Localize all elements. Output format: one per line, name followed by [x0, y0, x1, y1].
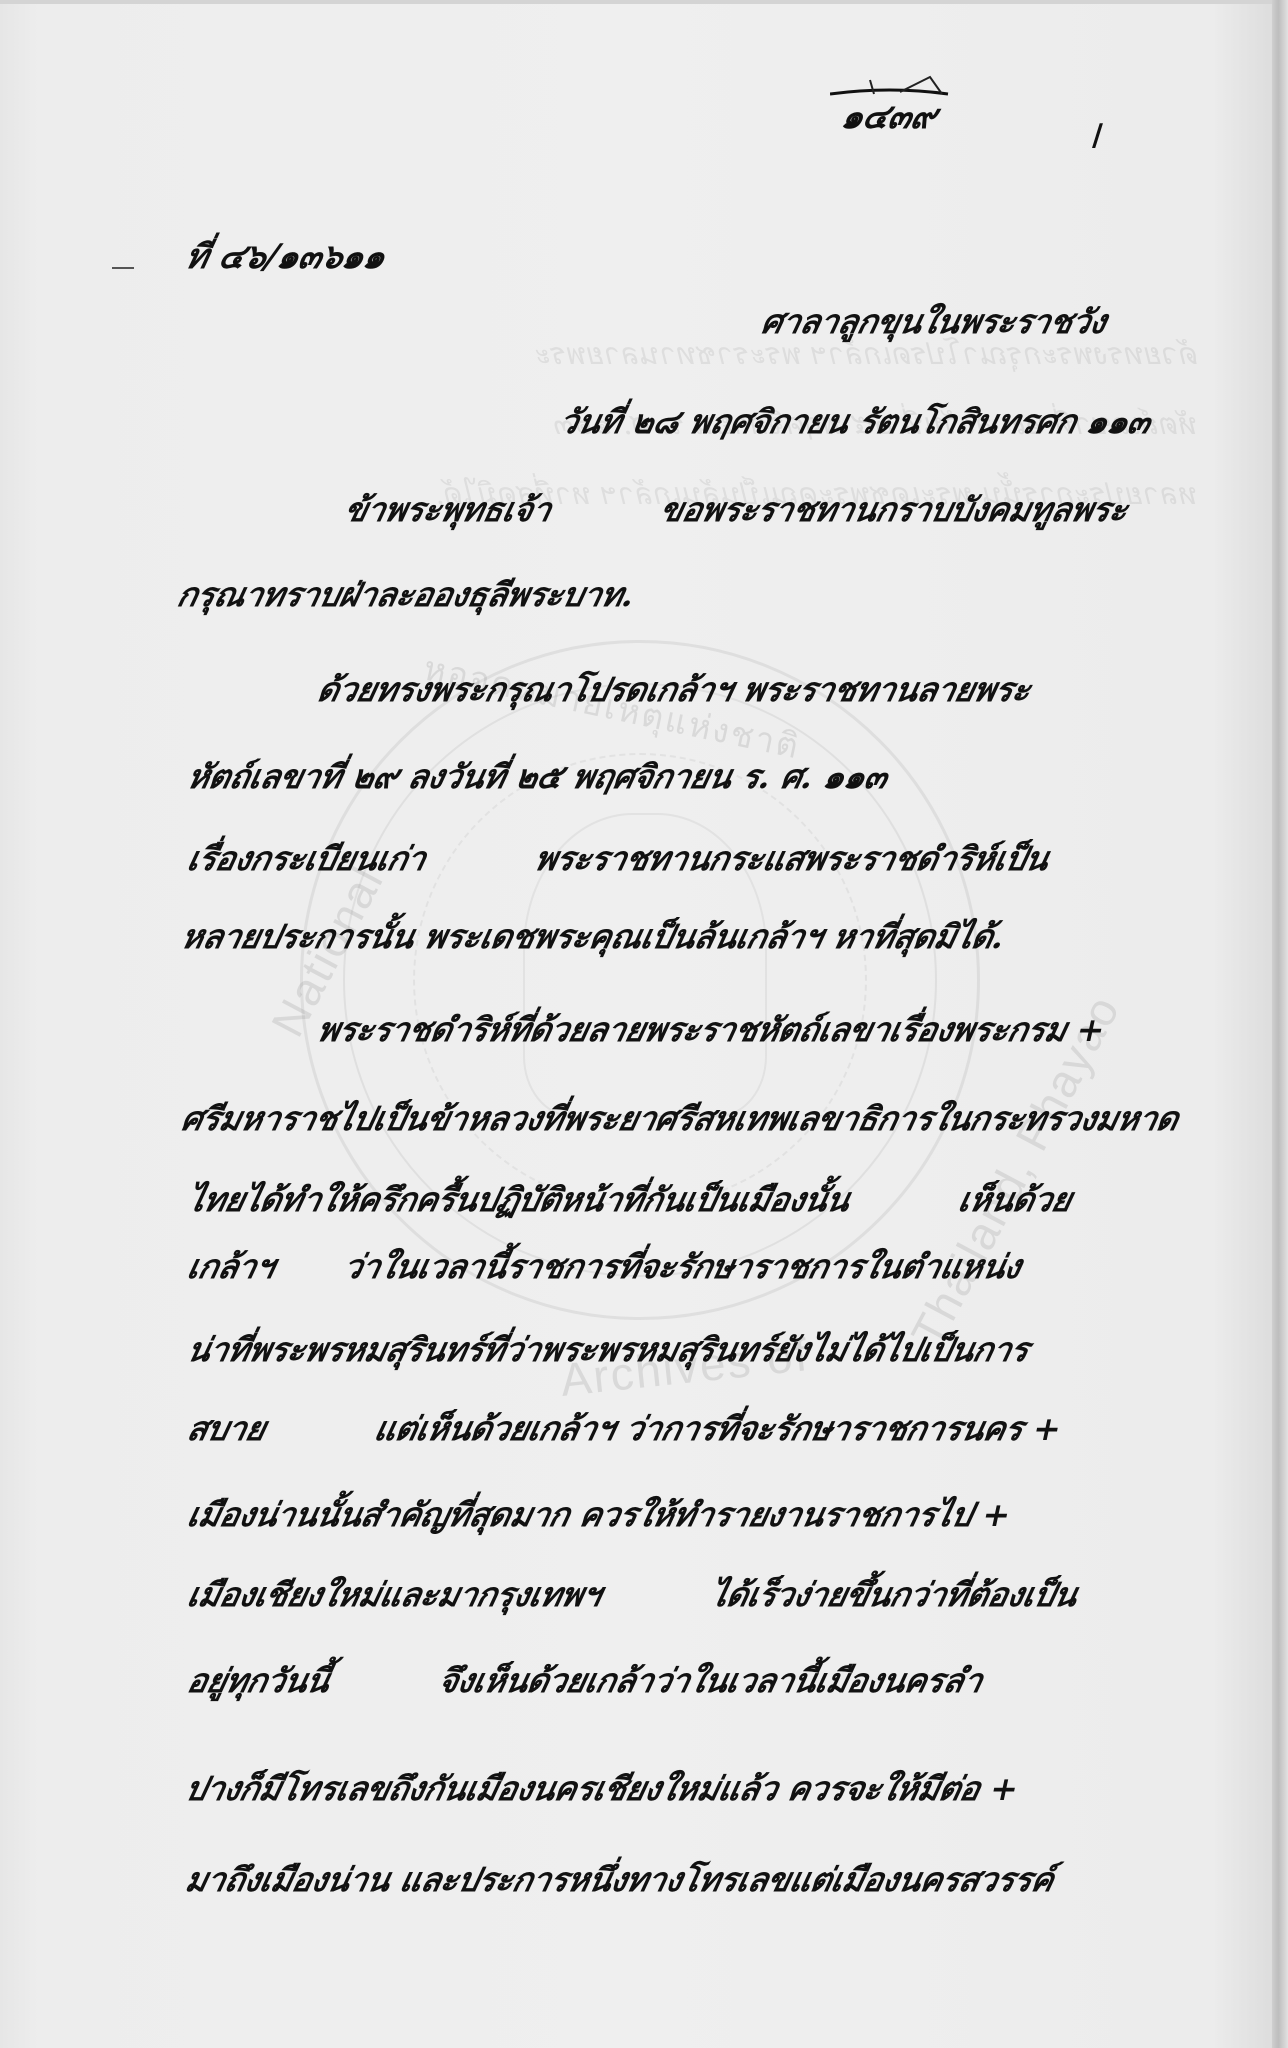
salutation-left: ข้าพระพุทธเจ้า — [341, 490, 555, 529]
body-line-8: เกล้าฯว่าในเวลานี้ราชการที่จะรักษาราชการ… — [184, 1250, 1023, 1283]
body-line-13: อยู่ทุกวันนี้จึงเห็นด้วยเกล้าว่าในเวลานี… — [184, 1664, 985, 1697]
reference-number: ๑๔๓๙ — [838, 100, 939, 134]
body-line-1: ด้วยทรงพระกรุณาโปรดเกล้าฯ พระราชทานลายพร… — [314, 673, 1033, 706]
margin-stroke: / — [1092, 118, 1103, 153]
body-line-4: หลายประการนั้น พระเดชพระคุณเป็นล้นเกล้าฯ… — [178, 920, 1007, 953]
body-line-10: สบายแต่เห็นด้วยเกล้าฯ ว่าการที่จะรักษารา… — [184, 1412, 1064, 1445]
body-line-9: น่าที่พระพรหมสุรินทร์ที่ว่าพระพรหมสุรินท… — [184, 1333, 1031, 1366]
body-line-7: ไทยได้ทำให้ครึกครื้นปฏิบัติหน้าที่กันเป็… — [184, 1183, 1074, 1216]
page-right-edge — [1272, 0, 1288, 2048]
salutation-line-1: ข้าพระพุทธเจ้าขอพระราชทานกราบบังคมทูลพระ — [341, 493, 1130, 526]
place-line: ศาลาลูกขุนในพระราชวัง — [758, 305, 1109, 338]
body-line-3: เรื่องกระเบียนเก่าพระราชทานกระแสพระราชดำ… — [184, 842, 1051, 875]
body-line-2: หัตถ์เลขาที่ ๒๙ ลงวันที่ ๒๕ พฤศจิกายน ร.… — [184, 760, 890, 793]
date-line: วันที่ ๒๘ พฤศจิกายน รัตนโกสินทรศก ๑๑๓ — [556, 405, 1153, 438]
body-line-12: เมืองเชียงใหม่และมากรุงเทพฯได้เร็วง่ายขึ… — [184, 1578, 1079, 1611]
document-page: ด้วยทรงพระกรุณาโปรดเกล้าฯ พระราชทานลายพร… — [0, 0, 1276, 2048]
margin-dash — [112, 267, 134, 269]
salutation-line-2: กรุณาทราบฝ่าละอองธุลีพระบาท. — [174, 578, 637, 611]
body-line-11: เมืองน่านนั้นสำคัญที่สุดมาก ควรให้ทำรายง… — [184, 1498, 1013, 1531]
body-line-6: ศรีมหาราชไปเป็นข้าหลวงที่พระยาศรีสหเทพเล… — [178, 1102, 1181, 1135]
salutation-right: ขอพระราชทานกราบบังคมทูลพระ — [656, 490, 1131, 529]
page-top-edge — [0, 0, 1288, 4]
body-line-5: พระราชดำริห์ที่ด้วยลายพระราชหัตถ์เลขาเรื… — [314, 1013, 1107, 1046]
document-number: ที่ ๔๖/๑๓๖๑๑ — [182, 240, 388, 274]
body-line-15: มาถึงเมืองน่าน และประการหนึ่งทางโทรเลขแต… — [182, 1863, 1056, 1896]
body-line-14: ปางก็มีโทรเลขถึงกันเมืองนครเชียงใหม่แล้ว… — [182, 1772, 1021, 1805]
